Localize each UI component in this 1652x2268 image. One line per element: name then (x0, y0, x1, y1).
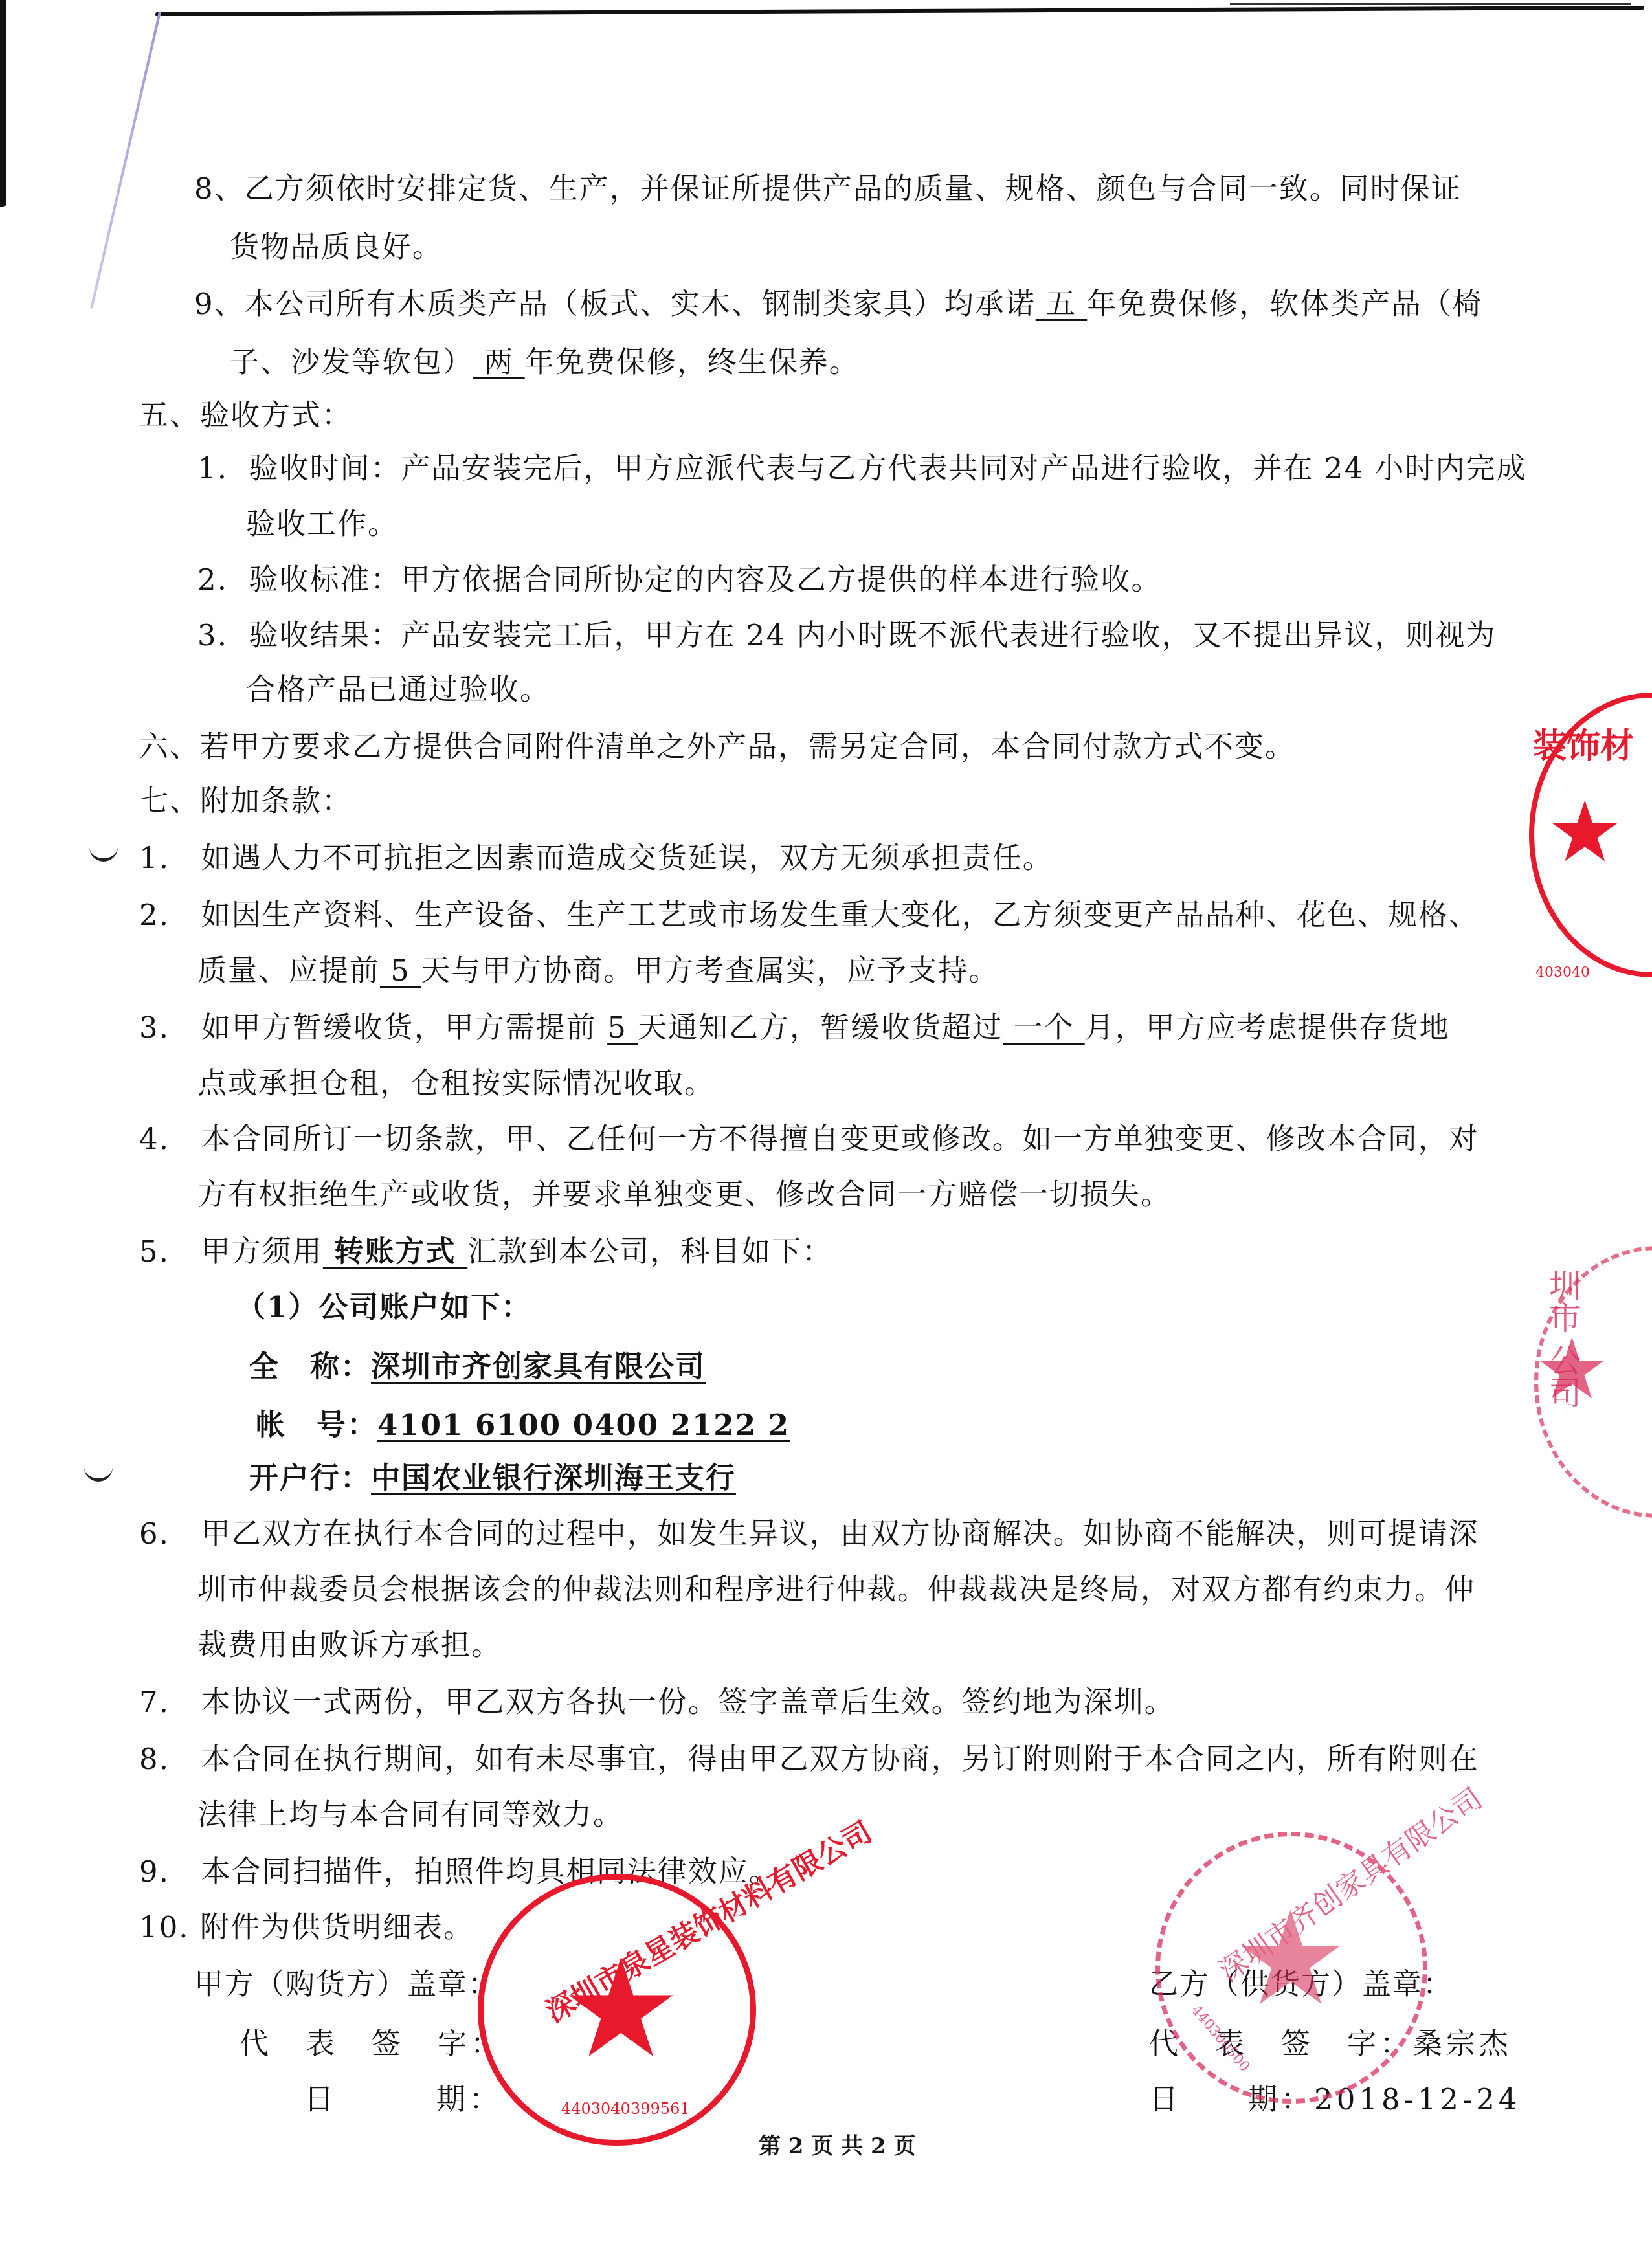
item-number: 1. (197, 451, 228, 485)
clause-text: 甲方须用 (201, 1234, 323, 1269)
item-number: 5. (139, 1234, 170, 1269)
scan-border-top-secondary (1230, 3, 1631, 5)
clause-text: 本合同所订一切条款，甲、乙任何一方不得擅自变更或修改。如一方单独变更、修改本合同… (201, 1122, 1479, 1156)
clause-text: 天通知乙方，暂缓收货超过 (638, 1010, 1003, 1045)
clause-text: 子、沙发等软包） (230, 345, 473, 379)
additional-term-5: 5. 甲方须用 转账方式 汇款到本公司，科目如下： (139, 1232, 832, 1271)
field-label: 全 称： (249, 1350, 371, 1384)
clause-4-8-cont: 货物品质良好。 (230, 228, 443, 267)
seal-text: 装饰材 (1533, 718, 1634, 767)
clause-text: 附件为供货明细表。 (200, 1910, 474, 1944)
clause-text: 本合同扫描件，拍照件均具相同法律效应。 (201, 1854, 779, 1889)
company-seal-party-a: ★ 深圳市泉星装饰材料有限公司 4403040399561 (478, 1874, 756, 2146)
seal-text: 深圳市泉星装饰材料有限公司 (537, 1809, 878, 2030)
clause-text: 9、本公司所有木质类产品（板式、实木、钢制类家具）均承诺 (194, 287, 1036, 321)
clause-text: 年免费保修，软体类产品（椅 (1087, 287, 1482, 321)
additional-term-1: 1. 如遇人力不可抗拒之因素而造成交货延误，双方无须承担责任。 (139, 839, 1053, 878)
clause-4-8: 8、乙方须依时安排定货、生产，并保证所提供产品的质量、规格、颜色与合同一致。同时… (194, 170, 1462, 208)
field-label: 开户行： (249, 1461, 371, 1495)
representative-name: 桑宗杰 (1413, 2027, 1512, 2061)
additional-term-8: 8. 本合同在执行期间，如有未尽事宜，得由甲乙双方协商，另订附则附于本合同之内，… (139, 1740, 1479, 1779)
clause-text: 质量、应提前 (197, 953, 380, 988)
clause-text: 验收结果：产品安装完工后，甲方在 24 内小时既不派代表进行验收，又不提出异议，… (249, 618, 1497, 652)
clause-text: 如因生产资料、生产设备、生产工艺或市场发生重大变化，乙方须变更产品品种、花色、规… (201, 898, 1479, 932)
clause-text: 8、乙方须依时安排定货、生产，并保证所提供产品的质量、规格、颜色与合同一致。同时… (194, 172, 1462, 206)
clause-text: 天与甲方协商。甲方考查属实，应予支持。 (421, 953, 999, 988)
additional-term-2-cont: 质量、应提前 5 天与甲方协商。甲方考查属实，应予支持。 (197, 951, 999, 990)
filled-blank: 转账方式 (323, 1234, 467, 1269)
additional-term-4-cont: 方有权拒绝生产或收货，并要求单独变更、修改合同一方赔偿一切损失。 (197, 1175, 1171, 1214)
bank-row: 开户行：中国农业银行深圳海王支行 (249, 1459, 736, 1498)
seal-code: 403040 (1535, 964, 1590, 981)
section-six-text: 六、若甲方要求乙方提供合同附件清单之外产品，需另定合同，本合同付款方式不变。 (139, 728, 1295, 766)
clause-text: 甲乙双方在执行本合同的过程中，如发生异议，由双方协商解决。如协商不能解决，则可提… (201, 1517, 1479, 1551)
additional-term-10: 10. 附件为供货明细表。 (139, 1908, 474, 1947)
filled-blank: 五 (1036, 287, 1088, 321)
clause-text: 月，甲方应考虑提供存货地 (1085, 1010, 1450, 1045)
seal-code: 4403040399561 (561, 2100, 690, 2118)
clause-text: 如甲方暂缓收货，甲方需提前 (201, 1010, 607, 1045)
seal-text: 深圳市齐创家具有限公司 (1209, 1776, 1489, 1990)
margin-mark-icon (84, 1464, 113, 1482)
clause-text: 本合同在执行期间，如有未尽事宜，得由甲乙双方协商，另订附则附于本合同之内，所有附… (201, 1742, 1479, 1776)
item-number: 6. (139, 1517, 170, 1551)
scan-border-top (155, 6, 1644, 16)
clause-text: 如遇人力不可抗拒之因素而造成交货延误，双方无须承担责任。 (201, 841, 1053, 875)
section-heading-acceptance: 五、验收方式： (139, 396, 352, 435)
party-a-date-label: 日 期： (304, 2080, 502, 2119)
additional-term-6-cont2: 裁费用由败诉方承担。 (197, 1626, 502, 1665)
additional-term-2: 2. 如因生产资料、生产设备、生产工艺或市场发生重大变化，乙方须变更产品品种、花… (139, 896, 1479, 935)
item-number: 2. (197, 562, 228, 597)
item-number: 1. (139, 841, 170, 875)
acceptance-item-3-cont: 合格产品已通过验收。 (246, 671, 550, 709)
additional-term-3-cont: 点或承担仓租，仓租按实际情况收取。 (197, 1064, 715, 1103)
additional-term-7: 7. 本协议一式两份，甲乙双方各执一份。签字盖章后生效。签约地为深圳。 (139, 1683, 1175, 1722)
section-heading-additional-terms: 七、附加条款： (139, 782, 352, 821)
account-name-row: 全 称：深圳市齐创家具有限公司 (249, 1348, 706, 1386)
item-number: 8. (139, 1742, 170, 1776)
party-a-seal-label: 甲方（购货方）盖章： (194, 1965, 498, 2004)
margin-mark-icon (89, 844, 118, 862)
clause-text: 验收标准：甲方依据合同所协定的内容及乙方提供的样本进行验收。 (249, 562, 1162, 597)
acceptance-item-2: 2. 验收标准：甲方依据合同所协定的内容及乙方提供的样本进行验收。 (197, 561, 1162, 599)
item-number: 3. (139, 1010, 170, 1045)
additional-term-6: 6. 甲乙双方在执行本合同的过程中，如发生异议，由双方协商解决。如协商不能解决，… (139, 1515, 1479, 1553)
additional-term-8-cont: 法律上均与本合同有同等效力。 (197, 1795, 623, 1834)
seal-star-icon: ★ (1534, 1327, 1610, 1411)
filled-blank: 两 (473, 345, 525, 379)
party-a-rep-label: 代 表 签 字： (240, 2025, 504, 2063)
filled-blank: 一个 (1003, 1010, 1085, 1045)
additional-term-9: 9. 本合同扫描件，拍照件均具相同法律效应。 (139, 1852, 779, 1891)
account-name-value: 深圳市齐创家具有限公司 (371, 1350, 706, 1384)
scan-border-left (0, 0, 6, 207)
account-number-row: 帐 号：4101 6100 0400 2122 2 (256, 1406, 790, 1445)
additional-term-4: 4. 本合同所订一切条款，甲、乙任何一方不得擅自变更或修改。如一方单独变更、修改… (139, 1120, 1479, 1159)
acceptance-item-3: 3. 验收结果：产品安装完工后，甲方在 24 内小时既不派代表进行验收，又不提出… (197, 616, 1496, 655)
bank-value: 中国农业银行深圳海王支行 (371, 1461, 736, 1495)
clause-4-9-cont: 子、沙发等软包） 两 年免费保修，终生保养。 (230, 343, 860, 382)
item-number: 2. (139, 898, 170, 932)
clause-text: 货物品质良好。 (230, 230, 443, 264)
item-number: 9. (139, 1854, 170, 1889)
clause-4-9: 9、本公司所有木质类产品（板式、实木、钢制类家具）均承诺 五 年免费保修，软体类… (194, 285, 1482, 324)
clause-text: 汇款到本公司，科目如下： (467, 1234, 832, 1269)
company-seal-party-b: ★ 深圳市齐创家具有限公司 440300500 (1155, 1832, 1427, 2104)
filled-blank: 5 (380, 953, 421, 988)
item-number: 10. (139, 1910, 190, 1944)
account-heading: （1）公司账户如下： (236, 1288, 531, 1327)
acceptance-item-1-cont: 验收工作。 (246, 505, 398, 544)
scan-page-fold (90, 12, 161, 309)
field-label: 帐 号： (256, 1408, 377, 1442)
account-number-value: 4101 6100 0400 2122 2 (377, 1408, 790, 1442)
seal-star-icon: ★ (1547, 790, 1623, 874)
acceptance-item-1: 1. 验收时间：产品安装完后，甲方应派代表与乙方代表共同对产品进行验收，并在 2… (197, 449, 1526, 488)
filled-blank: 5 (607, 1010, 638, 1045)
page-number: 第 2 页 共 2 页 (759, 2133, 916, 2159)
clause-text: 年免费保修，终生保养。 (525, 345, 860, 379)
clause-text: 本协议一式两份，甲乙双方各执一份。签字盖章后生效。签约地为深圳。 (201, 1685, 1175, 1719)
item-number: 3. (197, 618, 228, 652)
clause-text: 验收时间：产品安装完后，甲方应派代表与乙方代表共同对产品进行验收，并在 24 小… (249, 451, 1527, 485)
item-number: 4. (139, 1122, 170, 1156)
additional-term-6-cont1: 圳市仲裁委员会根据该会的仲裁法则和程序进行仲裁。仲裁裁决是终局，对双方都有约束力… (197, 1570, 1475, 1609)
item-number: 7. (139, 1685, 170, 1719)
additional-term-3: 3. 如甲方暂缓收货，甲方需提前 5 天通知乙方，暂缓收货超过 一个 月，甲方应… (139, 1008, 1450, 1047)
